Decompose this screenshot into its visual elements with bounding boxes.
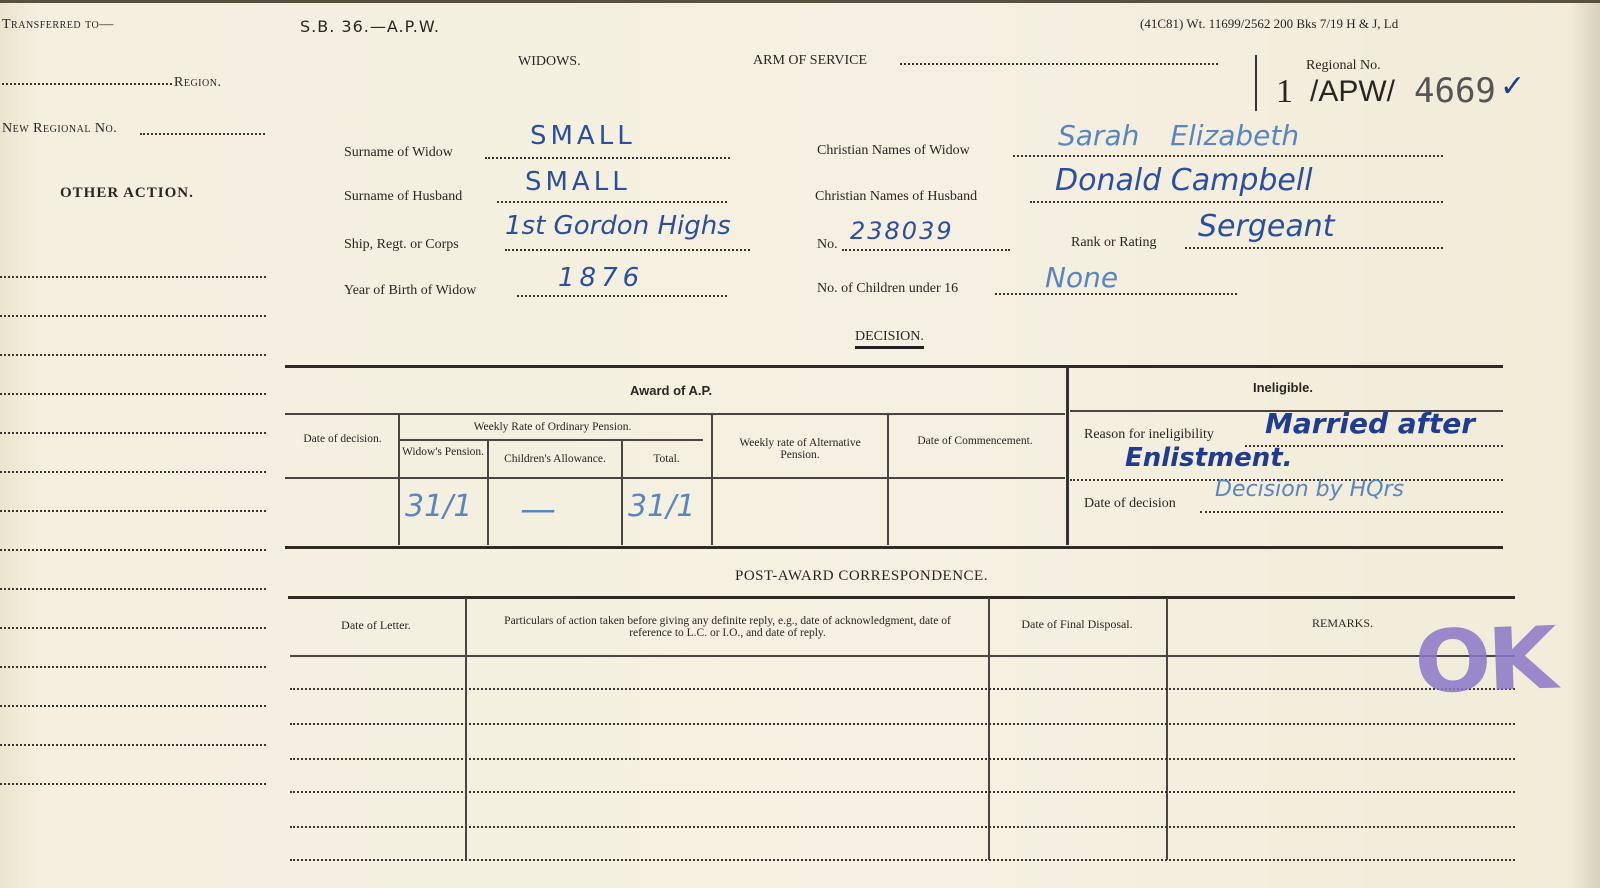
childrens-allowance-value: — [520, 489, 556, 530]
table-row[interactable] [290, 828, 1515, 861]
col-divider [711, 415, 713, 545]
surname-widow-value: SMALL [530, 121, 636, 151]
other-action-lines[interactable] [0, 239, 266, 785]
col-widows-pension: Widow's Pension. [400, 446, 486, 458]
date-of-decision-value: Decision by HQrs [1215, 477, 1404, 502]
col-particulars: Particulars of action taken before givin… [500, 615, 955, 639]
award-header-rule [285, 413, 1065, 415]
col-date-of-decision: Date of decision. [290, 433, 395, 445]
widows-pension-value: 31/1 [405, 489, 472, 524]
widows-heading: WIDOWS. [518, 54, 581, 70]
regional-divider [1255, 55, 1257, 111]
service-no-value: 238039 [850, 217, 954, 245]
children-value: None [1045, 261, 1118, 294]
ok-stamp: OK [1413, 609, 1555, 714]
transferred-to-label: Transferred to— [2, 17, 114, 33]
christian-widow-label: Christian Names of Widow [817, 143, 970, 159]
table-row[interactable] [290, 690, 1515, 725]
col-final-disposal: Date of Final Disposal. [992, 618, 1162, 630]
correspondence-rows[interactable] [290, 655, 1515, 861]
table-row[interactable] [290, 793, 1515, 828]
col-commencement: Date of Commencement. [900, 435, 1050, 447]
col-total: Total. [624, 453, 709, 465]
date-of-decision-field[interactable] [1200, 501, 1503, 513]
correspondence-top-rule [288, 596, 1515, 599]
service-no-label: No. [817, 237, 838, 253]
pension-record-card: Transferred to— Region. New Regional No.… [0, 0, 1600, 888]
arm-of-service-label: ARM OF SERVICE [753, 53, 867, 69]
year-birth-value: 1876 [558, 263, 644, 293]
award-title: Award of A.P. [630, 383, 712, 398]
table-row[interactable] [290, 725, 1515, 760]
col-childrens-allowance: Children's Allowance. [490, 453, 620, 465]
new-regional-no-label: New Regional No. [2, 121, 117, 137]
ship-regt-label: Ship, Regt. or Corps [344, 237, 459, 253]
form-code: S.B. 36.—A.P.W. [300, 17, 440, 36]
new-regional-no-field[interactable] [140, 123, 265, 135]
ineligible-title: Ineligible. [1253, 380, 1313, 395]
col-date-of-letter: Date of Letter. [290, 619, 462, 631]
surname-husband-value: SMALL [525, 167, 631, 197]
region-label: Region. [174, 75, 221, 91]
print-info: (41C81) Wt. 11699/2562 200 Bks 7/19 H & … [1140, 16, 1398, 32]
subheader-rule [398, 439, 703, 441]
children-label: No. of Children under 16 [817, 281, 958, 297]
award-body-rule [285, 477, 1065, 479]
other-action-title: OTHER ACTION. [60, 185, 194, 202]
arm-of-service-field[interactable] [900, 55, 1218, 65]
col-divider [398, 415, 400, 545]
col-divider [621, 441, 623, 545]
year-birth-label: Year of Birth of Widow [344, 283, 476, 299]
table-row[interactable] [290, 655, 1515, 690]
decision-title: DECISION. [855, 329, 924, 349]
regional-no-series: /APW/ [1310, 75, 1395, 109]
rank-label: Rank or Rating [1071, 235, 1157, 251]
col-alt-pension: Weekly rate of Alternative Pension. [730, 437, 870, 461]
region-field[interactable] [2, 73, 172, 85]
decision-top-rule [285, 365, 1503, 368]
reason-value-line1: Married after [1265, 407, 1475, 440]
col-weekly-rate-ordinary: Weekly Rate of Ordinary Pension. [400, 421, 705, 433]
date-of-decision-label: Date of decision [1084, 496, 1176, 512]
rank-value: Sergeant [1198, 209, 1335, 244]
ship-regt-value: 1st Gordon Highs [505, 211, 731, 241]
table-row[interactable] [290, 760, 1515, 793]
regional-no-prefix: 1 [1276, 73, 1293, 111]
surname-husband-label: Surname of Husband [344, 189, 462, 205]
regional-no-number: 4669 [1414, 71, 1496, 111]
check-mark-icon: ✓ [1500, 69, 1525, 104]
col-divider [487, 441, 489, 545]
christian-husband-value: Donald Campbell [1055, 163, 1313, 198]
correspondence-title: POST-AWARD CORRESPONDENCE. [735, 568, 988, 585]
decision-bottom-rule [285, 546, 1503, 549]
reason-value-line2: Enlistment. [1125, 443, 1293, 473]
christian-husband-label: Christian Names of Husband [815, 189, 977, 205]
christian-widow-value: Sarah Elizabeth [1058, 119, 1299, 152]
reason-label: Reason for ineligibility [1084, 427, 1214, 443]
col-divider [887, 415, 889, 545]
total-value: 31/1 [628, 489, 695, 524]
award-ineligible-divider [1066, 367, 1069, 545]
regional-no-label: Regional No. [1306, 58, 1381, 74]
surname-widow-label: Surname of Widow [344, 145, 453, 161]
